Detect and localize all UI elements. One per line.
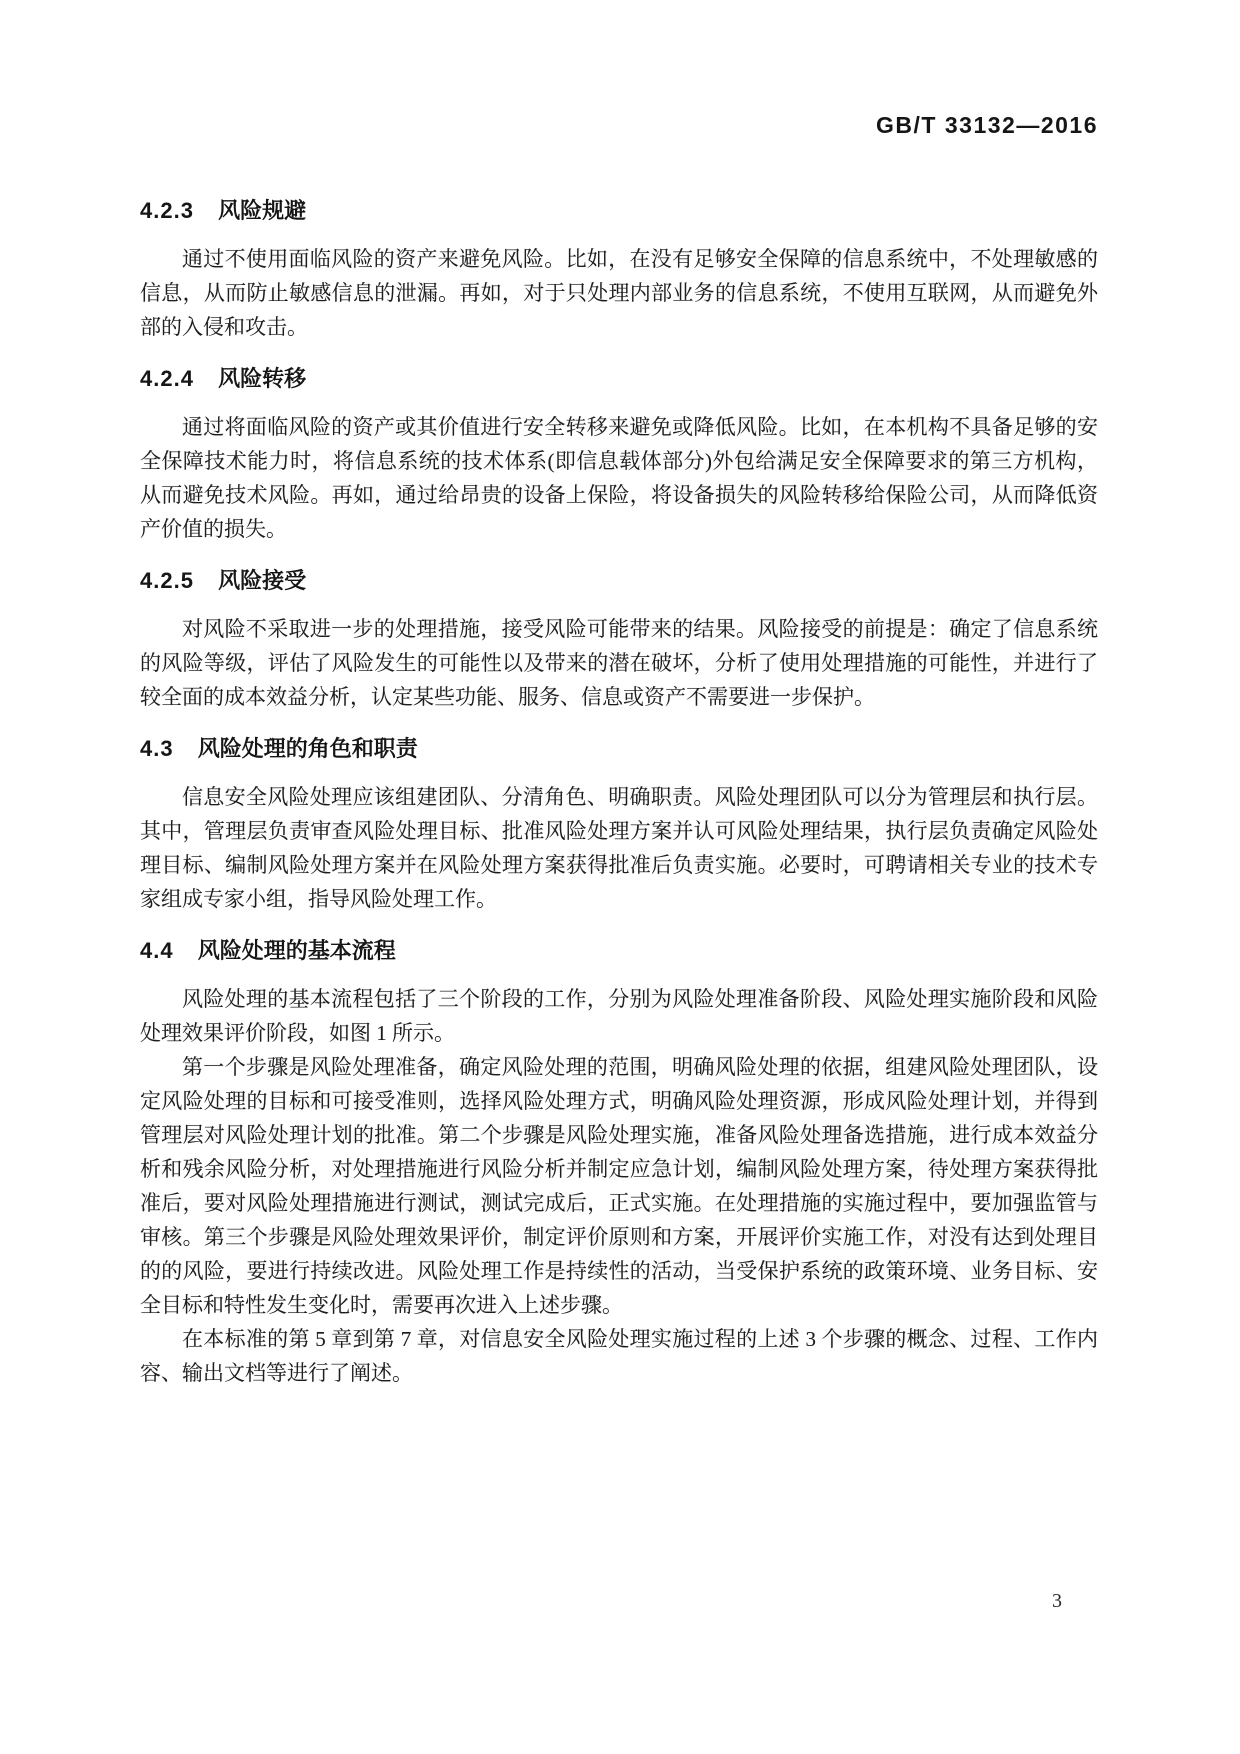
clause-title: 风险处理的角色和职责: [198, 736, 418, 761]
clause-heading: 4.2.4 风险转移: [140, 364, 1098, 394]
paragraph: 在本标准的第 5 章到第 7 章，对信息安全风险处理实施过程的上述 3 个步骤的…: [140, 1322, 1098, 1390]
page-number: 3: [1052, 1590, 1062, 1613]
section-basic-process: 4.4 风险处理的基本流程 风险处理的基本流程包括了三个阶段的工作，分别为风险处…: [140, 936, 1098, 1390]
paragraph: 对风险不采取进一步的处理措施，接受风险可能带来的结果。风险接受的前提是：确定了信…: [140, 612, 1098, 714]
clause-title: 风险接受: [218, 568, 306, 593]
clause-number: 4.3: [140, 734, 174, 764]
paragraph: 通过不使用面临风险的资产来避免风险。比如，在没有足够安全保障的信息系统中，不处理…: [140, 242, 1098, 344]
clause-heading: 4.2.5 风险接受: [140, 566, 1098, 596]
paragraph: 风险处理的基本流程包括了三个阶段的工作，分别为风险处理准备阶段、风险处理实施阶段…: [140, 982, 1098, 1050]
paragraph: 信息安全风险处理应该组建团队、分清角色、明确职责。风险处理团队可以分为管理层和执…: [140, 780, 1098, 916]
paragraph: 第一个步骤是风险处理准备，确定风险处理的范围，明确风险处理的依据，组建风险处理团…: [140, 1050, 1098, 1322]
document-page: GB/T 33132—2016 4.2.3 风险规避 通过不使用面临风险的资产来…: [0, 0, 1240, 1754]
clause-title: 风险规避: [218, 198, 306, 223]
clause-title: 风险处理的基本流程: [198, 938, 396, 963]
clause-heading: 4.3 风险处理的角色和职责: [140, 734, 1098, 764]
clause-number: 4.2.3: [140, 196, 194, 226]
clause-number: 4.2.4: [140, 364, 194, 394]
clause-number: 4.2.5: [140, 566, 194, 596]
section-roles-responsibilities: 4.3 风险处理的角色和职责 信息安全风险处理应该组建团队、分清角色、明确职责。…: [140, 734, 1098, 916]
clause-number: 4.4: [140, 936, 174, 966]
section-risk-transfer: 4.2.4 风险转移 通过将面临风险的资产或其价值进行安全转移来避免或降低风险。…: [140, 364, 1098, 546]
paragraph: 通过将面临风险的资产或其价值进行安全转移来避免或降低风险。比如，在本机构不具备足…: [140, 410, 1098, 546]
clause-heading: 4.4 风险处理的基本流程: [140, 936, 1098, 966]
document-body: 4.2.3 风险规避 通过不使用面临风险的资产来避免风险。比如，在没有足够安全保…: [140, 0, 1098, 1390]
clause-title: 风险转移: [218, 366, 306, 391]
section-risk-avoidance: 4.2.3 风险规避 通过不使用面临风险的资产来避免风险。比如，在没有足够安全保…: [140, 196, 1098, 344]
section-risk-acceptance: 4.2.5 风险接受 对风险不采取进一步的处理措施，接受风险可能带来的结果。风险…: [140, 566, 1098, 714]
clause-heading: 4.2.3 风险规避: [140, 196, 1098, 226]
